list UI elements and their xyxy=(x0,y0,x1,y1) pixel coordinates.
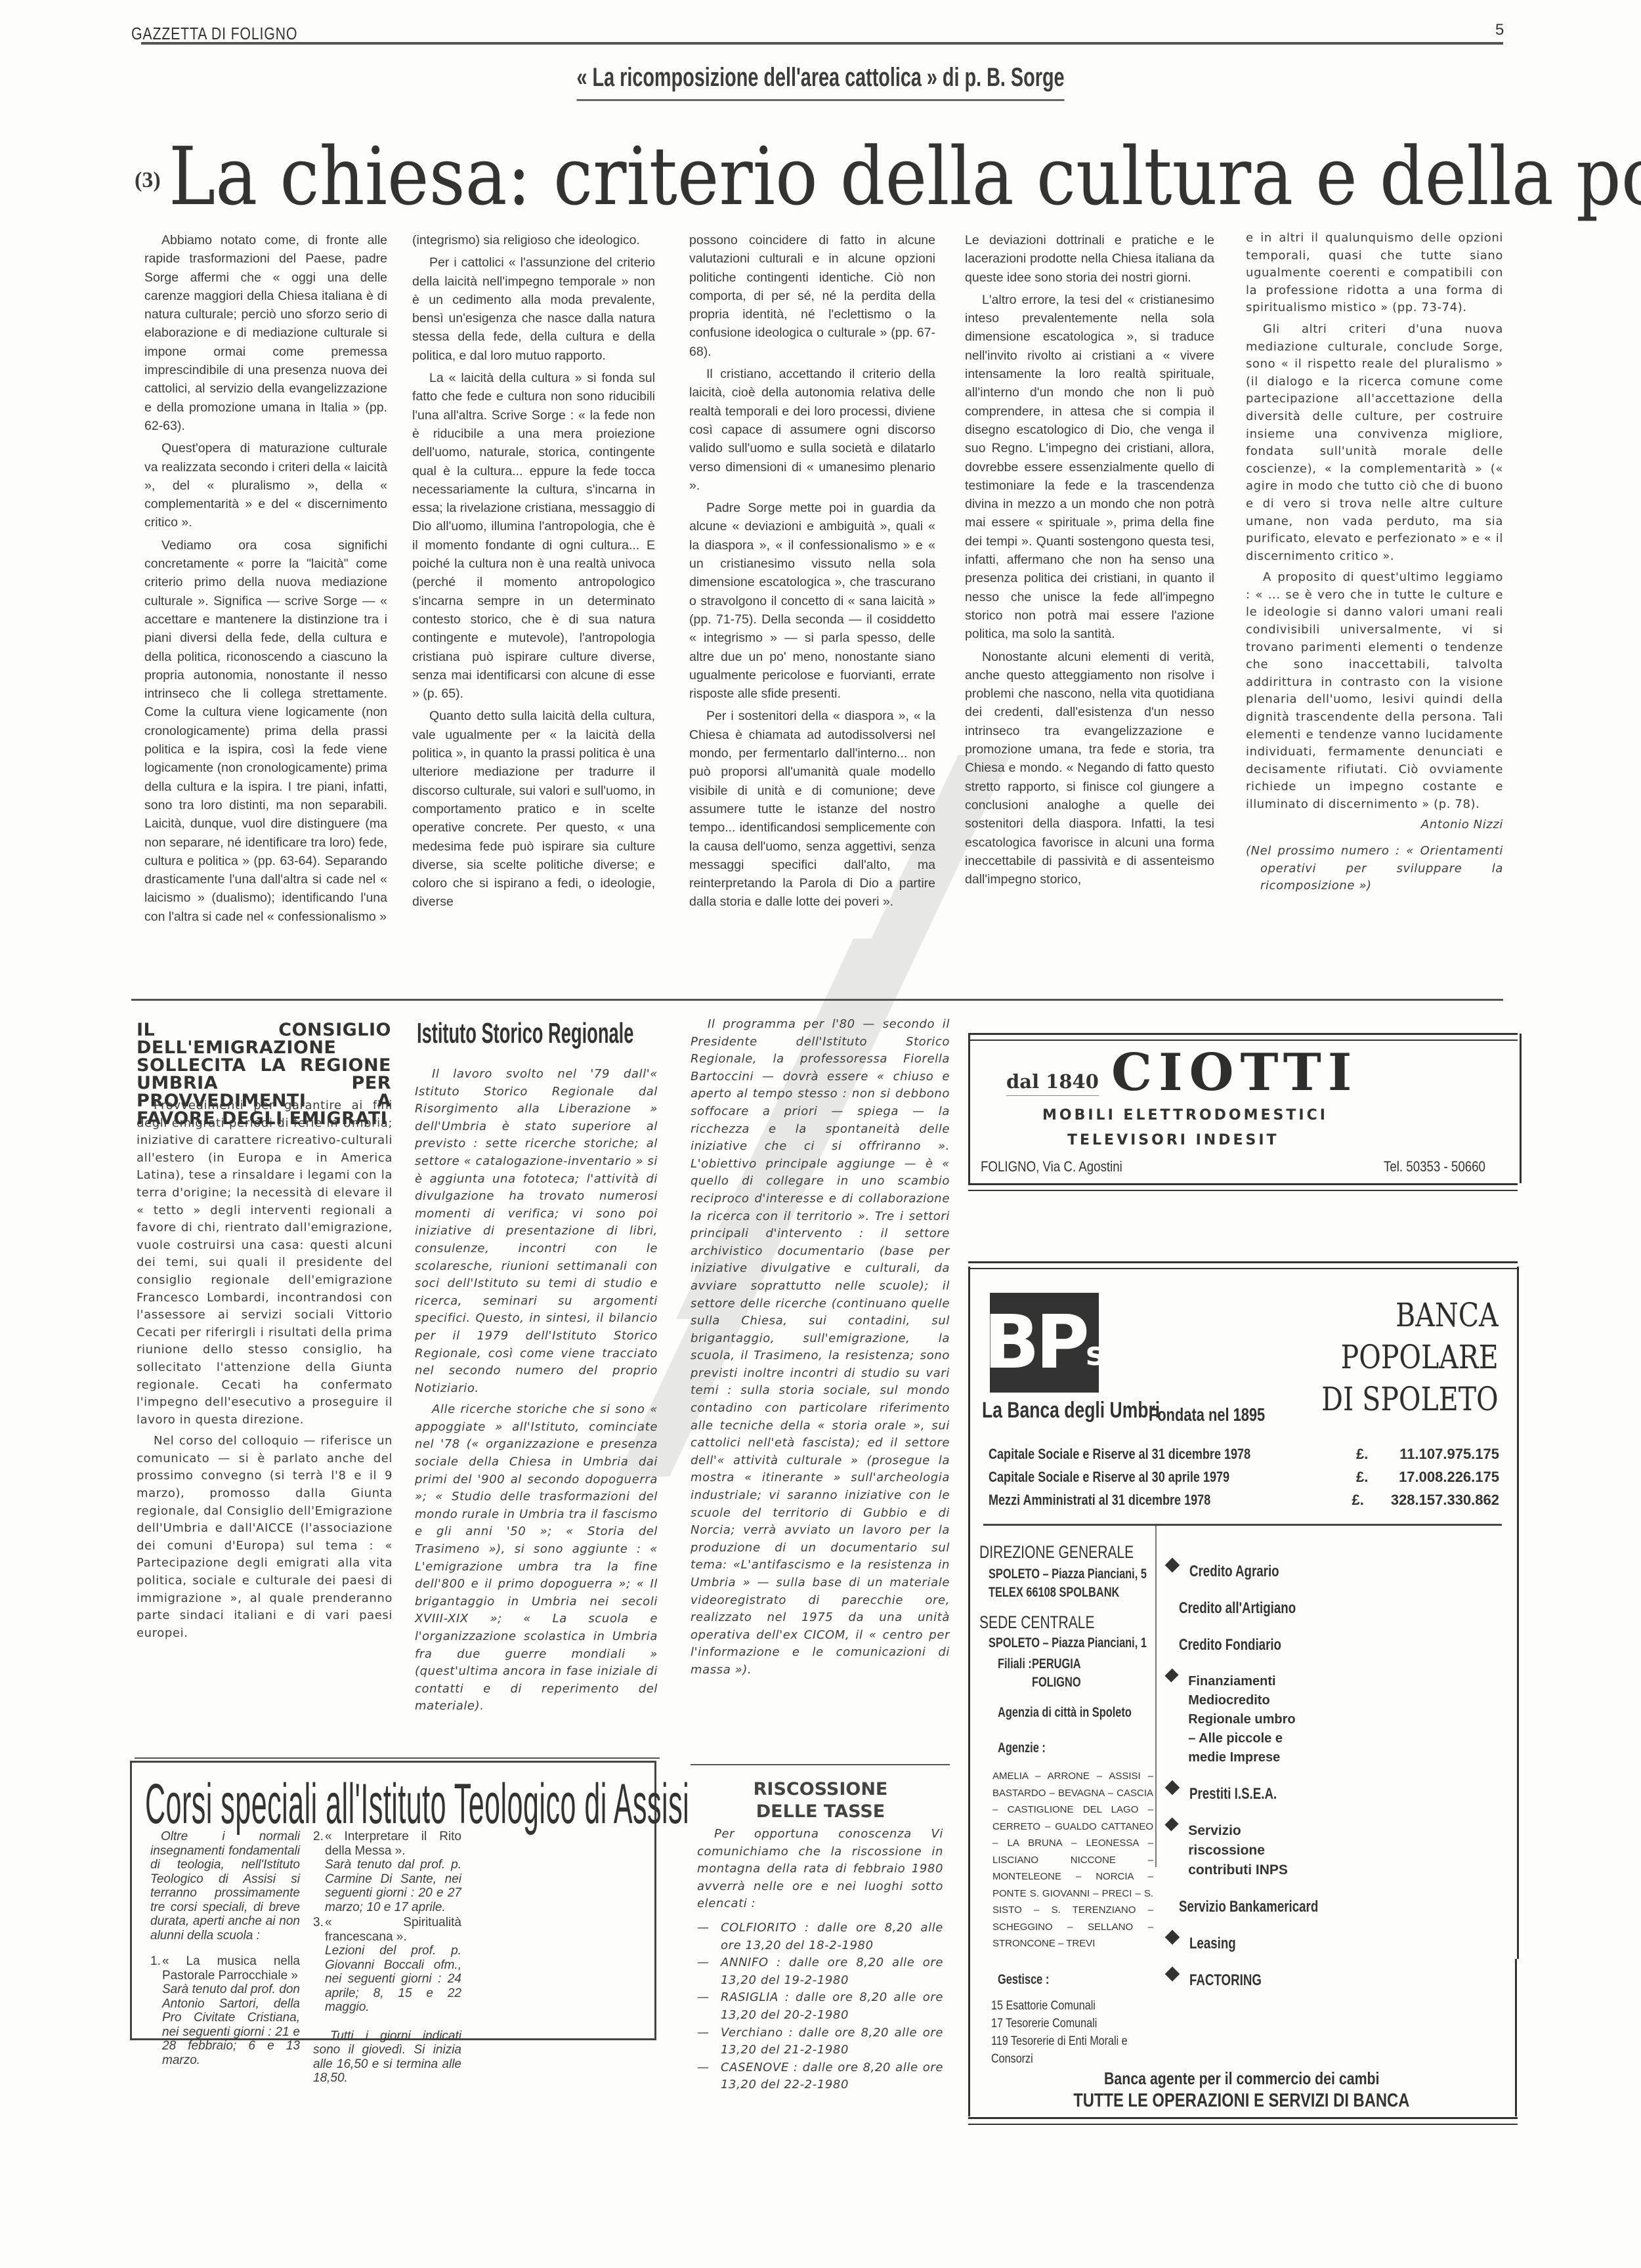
article-kicker: « La ricomposizione dell'area cattolica … xyxy=(0,63,1641,101)
article-column-3: possono coincidere di fatto in alcune va… xyxy=(689,231,935,912)
schedule-item: —CASENOVE : dalle ore 8,20 alle ore 13,2… xyxy=(697,2059,943,2094)
schedule-item: —RASIGLIA : dalle ore 8,20 alle ore 13,2… xyxy=(697,1989,943,2024)
financial-row: Capitale Sociale e Riserve al 31 dicembr… xyxy=(989,1442,1507,1465)
financial-row: Mezzi Amministrati al 31 dicembre 1978£.… xyxy=(989,1488,1507,1511)
article-column-1: Abbiamo notato come, di fronte alle rapi… xyxy=(144,231,387,926)
service-item: Credito all'Artigiano xyxy=(1167,1599,1305,1618)
corsi-footer: Tutti i giorni indicati sono il giovedì.… xyxy=(313,2029,461,2086)
course-item-1: 1. « La musica nella Pastorale Parrocchi… xyxy=(150,1954,300,2067)
riscossione-schedule: —COLFIORITO : dalle ore 8,20 alle ore 13… xyxy=(697,1920,943,2094)
service-item: Servizio riscossione contributi INPS xyxy=(1167,1821,1305,1880)
filiali: Filiali : PERUGIA FOLIGNO xyxy=(998,1656,1153,1690)
istituto-column-2: Il programma per l'80 — secondo il Presi… xyxy=(691,1016,950,1679)
service-item: Credito Fondiario xyxy=(1167,1635,1305,1655)
ciotti-phone: Tel. 50353 - 50660 xyxy=(1384,1158,1485,1175)
masthead-rule xyxy=(141,42,1503,45)
publication-name: GAZZETTA DI FOLIGNO xyxy=(131,24,297,44)
corsi-box: Corsi speciali all'Istituto Teologico di… xyxy=(130,1761,656,2040)
diamond-bullet-icon xyxy=(1164,1668,1178,1682)
column-divider xyxy=(1155,1526,1157,1867)
ciotti-address: FOLIGNO, Via C. Agostini xyxy=(981,1158,1122,1175)
bank-name: BANCA POPOLARE DI SPOLETO xyxy=(1321,1294,1499,1420)
schedule-item: —ANNIFO : dalle ore 8,20 alle ore 13,20 … xyxy=(697,1954,943,1989)
divider xyxy=(135,1757,660,1759)
bank-ad: BPs La Banca degli Umbri BANCA POPOLARE … xyxy=(968,1267,1519,1959)
bank-services: Credito Agrario Credito all'Artigiano Cr… xyxy=(1167,1562,1305,2007)
emigrazione-body: Provvedimenti per garantire ai fini degl… xyxy=(137,1097,393,1642)
service-item: Prestiti I.S.E.A. xyxy=(1167,1784,1305,1804)
ciotti-since: dal 1840 xyxy=(1006,1070,1099,1096)
headline-text: La chiesa: criterio della cultura e dell… xyxy=(169,136,1641,217)
agenzie-list: AMELIA – ARRONE – ASSISI – BASTARDO – BE… xyxy=(992,1768,1153,1952)
ciotti-brand: CIOTTI xyxy=(1111,1043,1358,1102)
divider xyxy=(983,1524,1502,1526)
schedule-item: —Verchiano : dalle ore 8,20 alle ore 13,… xyxy=(697,2025,943,2059)
corsi-left-column: Oltre i normali insegnamenti fondamental… xyxy=(150,1830,300,2067)
diamond-bullet-icon xyxy=(1163,1635,1170,1642)
istituto-column-1: Il lavoro svolto nel '79 dall'« Istituto… xyxy=(415,1066,658,1715)
diamond-bullet-icon xyxy=(1164,1817,1178,1831)
article-column-2: (integrismo) sia religioso che ideologic… xyxy=(412,231,655,912)
diamond-bullet-icon xyxy=(1165,1967,1180,1982)
service-item: Leasing xyxy=(1167,1934,1305,1954)
service-item: Credito Agrario xyxy=(1167,1562,1305,1582)
bank-founded: Fondata nel 1895 xyxy=(1149,1404,1265,1425)
page-number: 5 xyxy=(1495,21,1504,39)
ad-rule xyxy=(968,1183,1518,1191)
article-column-4: Le deviazioni dottrinali e pratiche e le… xyxy=(965,231,1214,889)
service-item: Finanziamenti Mediocredito Regionale umb… xyxy=(1167,1672,1305,1767)
bank-financials: Capitale Sociale e Riserve al 31 dicembr… xyxy=(989,1442,1507,1511)
corsi-right-column: 2. « Interpretare il Rito della Messa ».… xyxy=(313,1830,461,2086)
schedule-item: —COLFIORITO : dalle ore 8,20 alle ore 13… xyxy=(697,1920,943,1954)
diamond-bullet-icon xyxy=(1165,1558,1180,1573)
bank-offices: DIREZIONE GENERALE SPOLETO – Piazza Pian… xyxy=(979,1542,1153,2068)
bank-footer: Banca agente per il commercio dei cambi … xyxy=(968,2067,1515,2112)
part-number: (3) xyxy=(135,168,161,193)
service-item: Servizio Bankamericard xyxy=(1167,1897,1305,1917)
next-issue-note: (Nel prossimo numero : « Orientamenti op… xyxy=(1246,843,1503,895)
section-divider xyxy=(131,999,1503,1001)
riscossione-body: Per opportuna conoscenza Vi comunichiamo… xyxy=(697,1826,943,2094)
bank-slogan: La Banca degli Umbri xyxy=(982,1398,1160,1423)
diamond-bullet-icon xyxy=(1165,1930,1180,1945)
istituto-headline: Istituto Storico Regionale xyxy=(417,1017,633,1050)
article-headline: (3) La chiesa: criterio della cultura e … xyxy=(135,118,1506,217)
gestisce-list: 15 Esattorie Comunali 17 Tesorerie Comun… xyxy=(991,1997,1129,2068)
divider xyxy=(691,1764,950,1765)
course-item-3: 3. « Spiritualità francescana ». Lezioni… xyxy=(313,1916,461,2015)
ciotti-ad: dal 1840 CIOTTI MOBILI ELETTRODOMESTICI … xyxy=(968,1034,1522,1183)
diamond-bullet-icon xyxy=(1165,1780,1180,1795)
corsi-headline: Corsi speciali all'Istituto Teologico di… xyxy=(145,1772,689,1837)
ciotti-tagline-1: MOBILI ELETTRODOMESTICI xyxy=(1042,1107,1328,1123)
bps-logo: BPs xyxy=(990,1293,1099,1393)
author-signature: Antonio Nizzi xyxy=(1246,816,1503,834)
article-column-5: e in altri il qualunquismo delle opzioni… xyxy=(1246,230,1503,895)
course-item-2: 2. « Interpretare il Rito della Messa ».… xyxy=(313,1830,461,1914)
riscossione-headline: RISCOSSIONE DELLE TASSE xyxy=(696,1778,945,1823)
diamond-bullet-icon xyxy=(1163,1897,1170,1904)
financial-row: Capitale Sociale e Riserve al 30 aprile … xyxy=(989,1465,1507,1488)
ciotti-tagline-2: TELEVISORI INDESIT xyxy=(1067,1132,1279,1148)
ad-rule xyxy=(968,2117,1518,2125)
service-item: FACTORING xyxy=(1167,1971,1305,1990)
diamond-bullet-icon xyxy=(1163,1598,1170,1605)
